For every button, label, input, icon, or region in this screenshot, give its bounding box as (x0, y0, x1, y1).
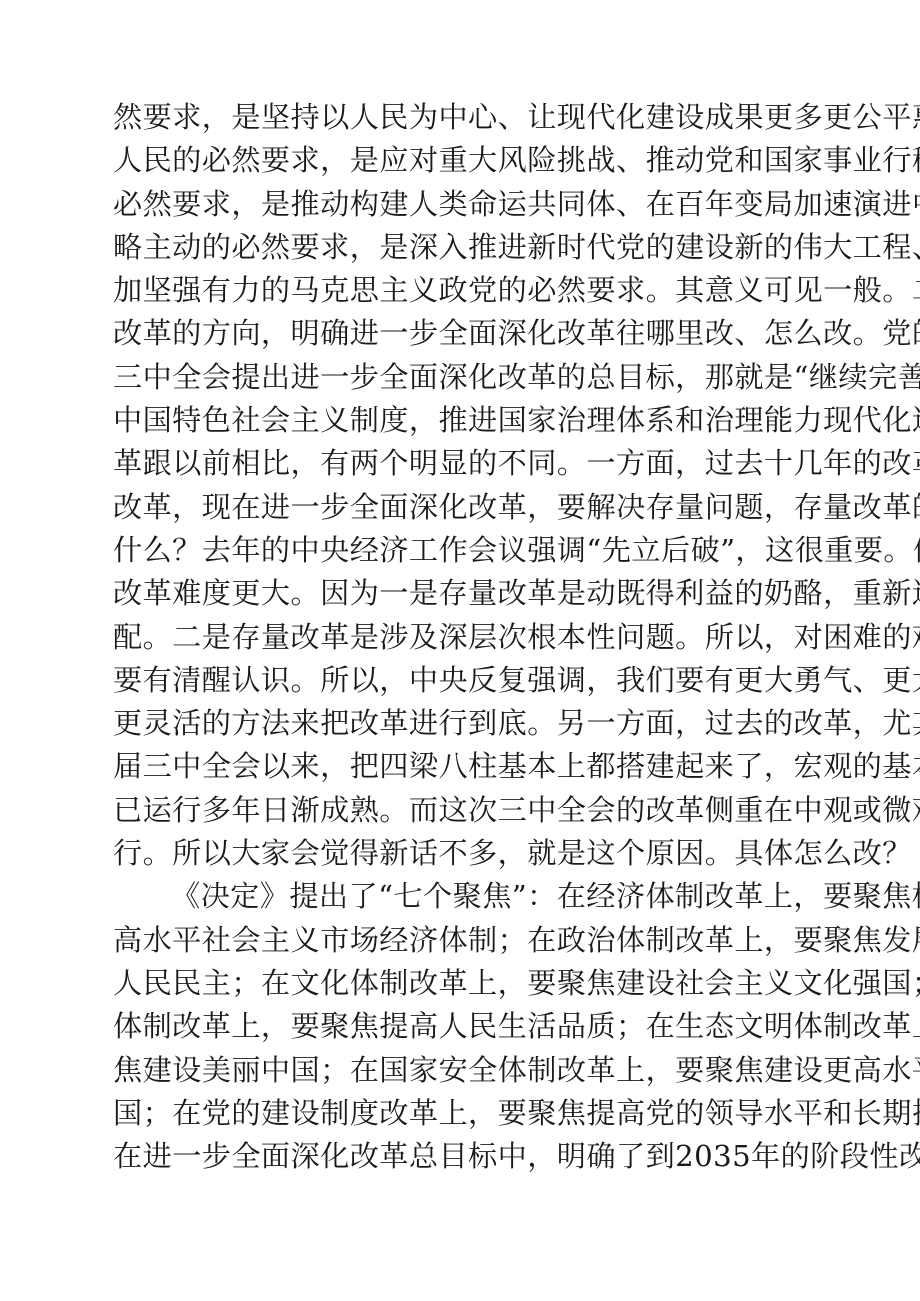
paragraph-1: 然要求，是坚持以人民为中心、让现代化建设成果更多更公平惠及全体 人民的必然要求，… (113, 96, 853, 875)
paragraph-2: 《决定》提出了“七个聚焦”：在经济体制改革上，要聚焦构建 高水平社会主义市场经济… (113, 875, 853, 1178)
text-line: 三中全会提出进一步全面深化改革的总目标，那就是“继续完善和发展 (113, 356, 853, 399)
text-line: 要有清醒认识。所以，中央反复强调，我们要有更大勇气、更大的穗力、 (113, 659, 853, 702)
text-line: 人民民主；在文化体制改革上，要聚焦建设社会主义文化强国；在社会 (113, 962, 853, 1005)
text-line: 然要求，是坚持以人民为中心、让现代化建设成果更多更公平惠及全体 (113, 96, 853, 139)
document-page: 然要求，是坚持以人民为中心、让现代化建设成果更多更公平惠及全体 人民的必然要求，… (0, 0, 920, 1301)
text-line: 高水平社会主义市场经济体制；在政治体制改革上，要聚焦发展全过程 (113, 919, 853, 962)
text-line: 配。二是存量改革是涉及深层次根本性问题。所以，对困难的难度我们 (113, 616, 853, 659)
text-line: 改革的方向，明确进一步全面深化改革往哪里改、怎么改。党的二十届 (113, 312, 853, 355)
text-line: 什么？去年的中央经济工作会议强调“先立后破”，这很重要。但存量 (113, 529, 853, 572)
text-line: 改革，现在进一步全面深化改革，要解决存量问题，存量改革的关键是 (113, 486, 853, 529)
text-line: 国；在党的建设制度改革上，要聚焦提高党的领导水平和长期执政能力。 (113, 1092, 853, 1135)
text-line: 中国特色社会主义制度，推进国家治理体系和治理能力现代化这次的改 (113, 399, 853, 442)
text-line: 已运行多年日渐成熟。而这次三中全会的改革侧重在中观或微观层面进 (113, 789, 853, 832)
text-line: 革跟以前相比，有两个明显的不同。一方面，过去十几年的改革是增量 (113, 442, 853, 485)
text-line-indented: 《决定》提出了“七个聚焦”：在经济体制改革上，要聚焦构建 (113, 875, 853, 918)
text-line: 改革难度更大。因为一是存量改革是动既得利益的奶酪，重新进行再分 (113, 572, 853, 615)
text-line: 人民的必然要求，是应对重大风险挑战、推动党和国家事业行稳致远的 (113, 139, 853, 182)
text-line: 焦建设美丽中国；在国家安全体制改革上，要聚焦建设更高水平平安中 (113, 1049, 853, 1092)
text-line: 更灵活的方法来把改革进行到底。另一方面，过去的改革，尤其是十八 (113, 702, 853, 745)
text-line: 体制改革上，要聚焦提高人民生活品质；在生态文明体制改革上，要聚 (113, 1005, 853, 1048)
text-line: 届三中全会以来，把四梁八柱基本上都搭建起来了，宏观的基本制度都 (113, 745, 853, 788)
body-text: 然要求，是坚持以人民为中心、让现代化建设成果更多更公平惠及全体 人民的必然要求，… (113, 96, 853, 1178)
text-line: 加坚强有力的马克思主义政党的必然要求。其意义可见一般。二是指明 (113, 269, 853, 312)
text-line: 必然要求，是推动构建人类命运共同体、在百年变局加速演进中赢得战 (113, 183, 853, 226)
text-line: 行。所以大家会觉得新话不多，就是这个原因。具体怎么改？ (113, 832, 853, 875)
text-line: 在进一步全面深化改革总目标中，明确了到2035年的阶段性改革目标， (113, 1135, 853, 1178)
text-line: 略主动的必然要求，是深入推进新时代党的建设新的伟大工程、建设更 (113, 226, 853, 269)
